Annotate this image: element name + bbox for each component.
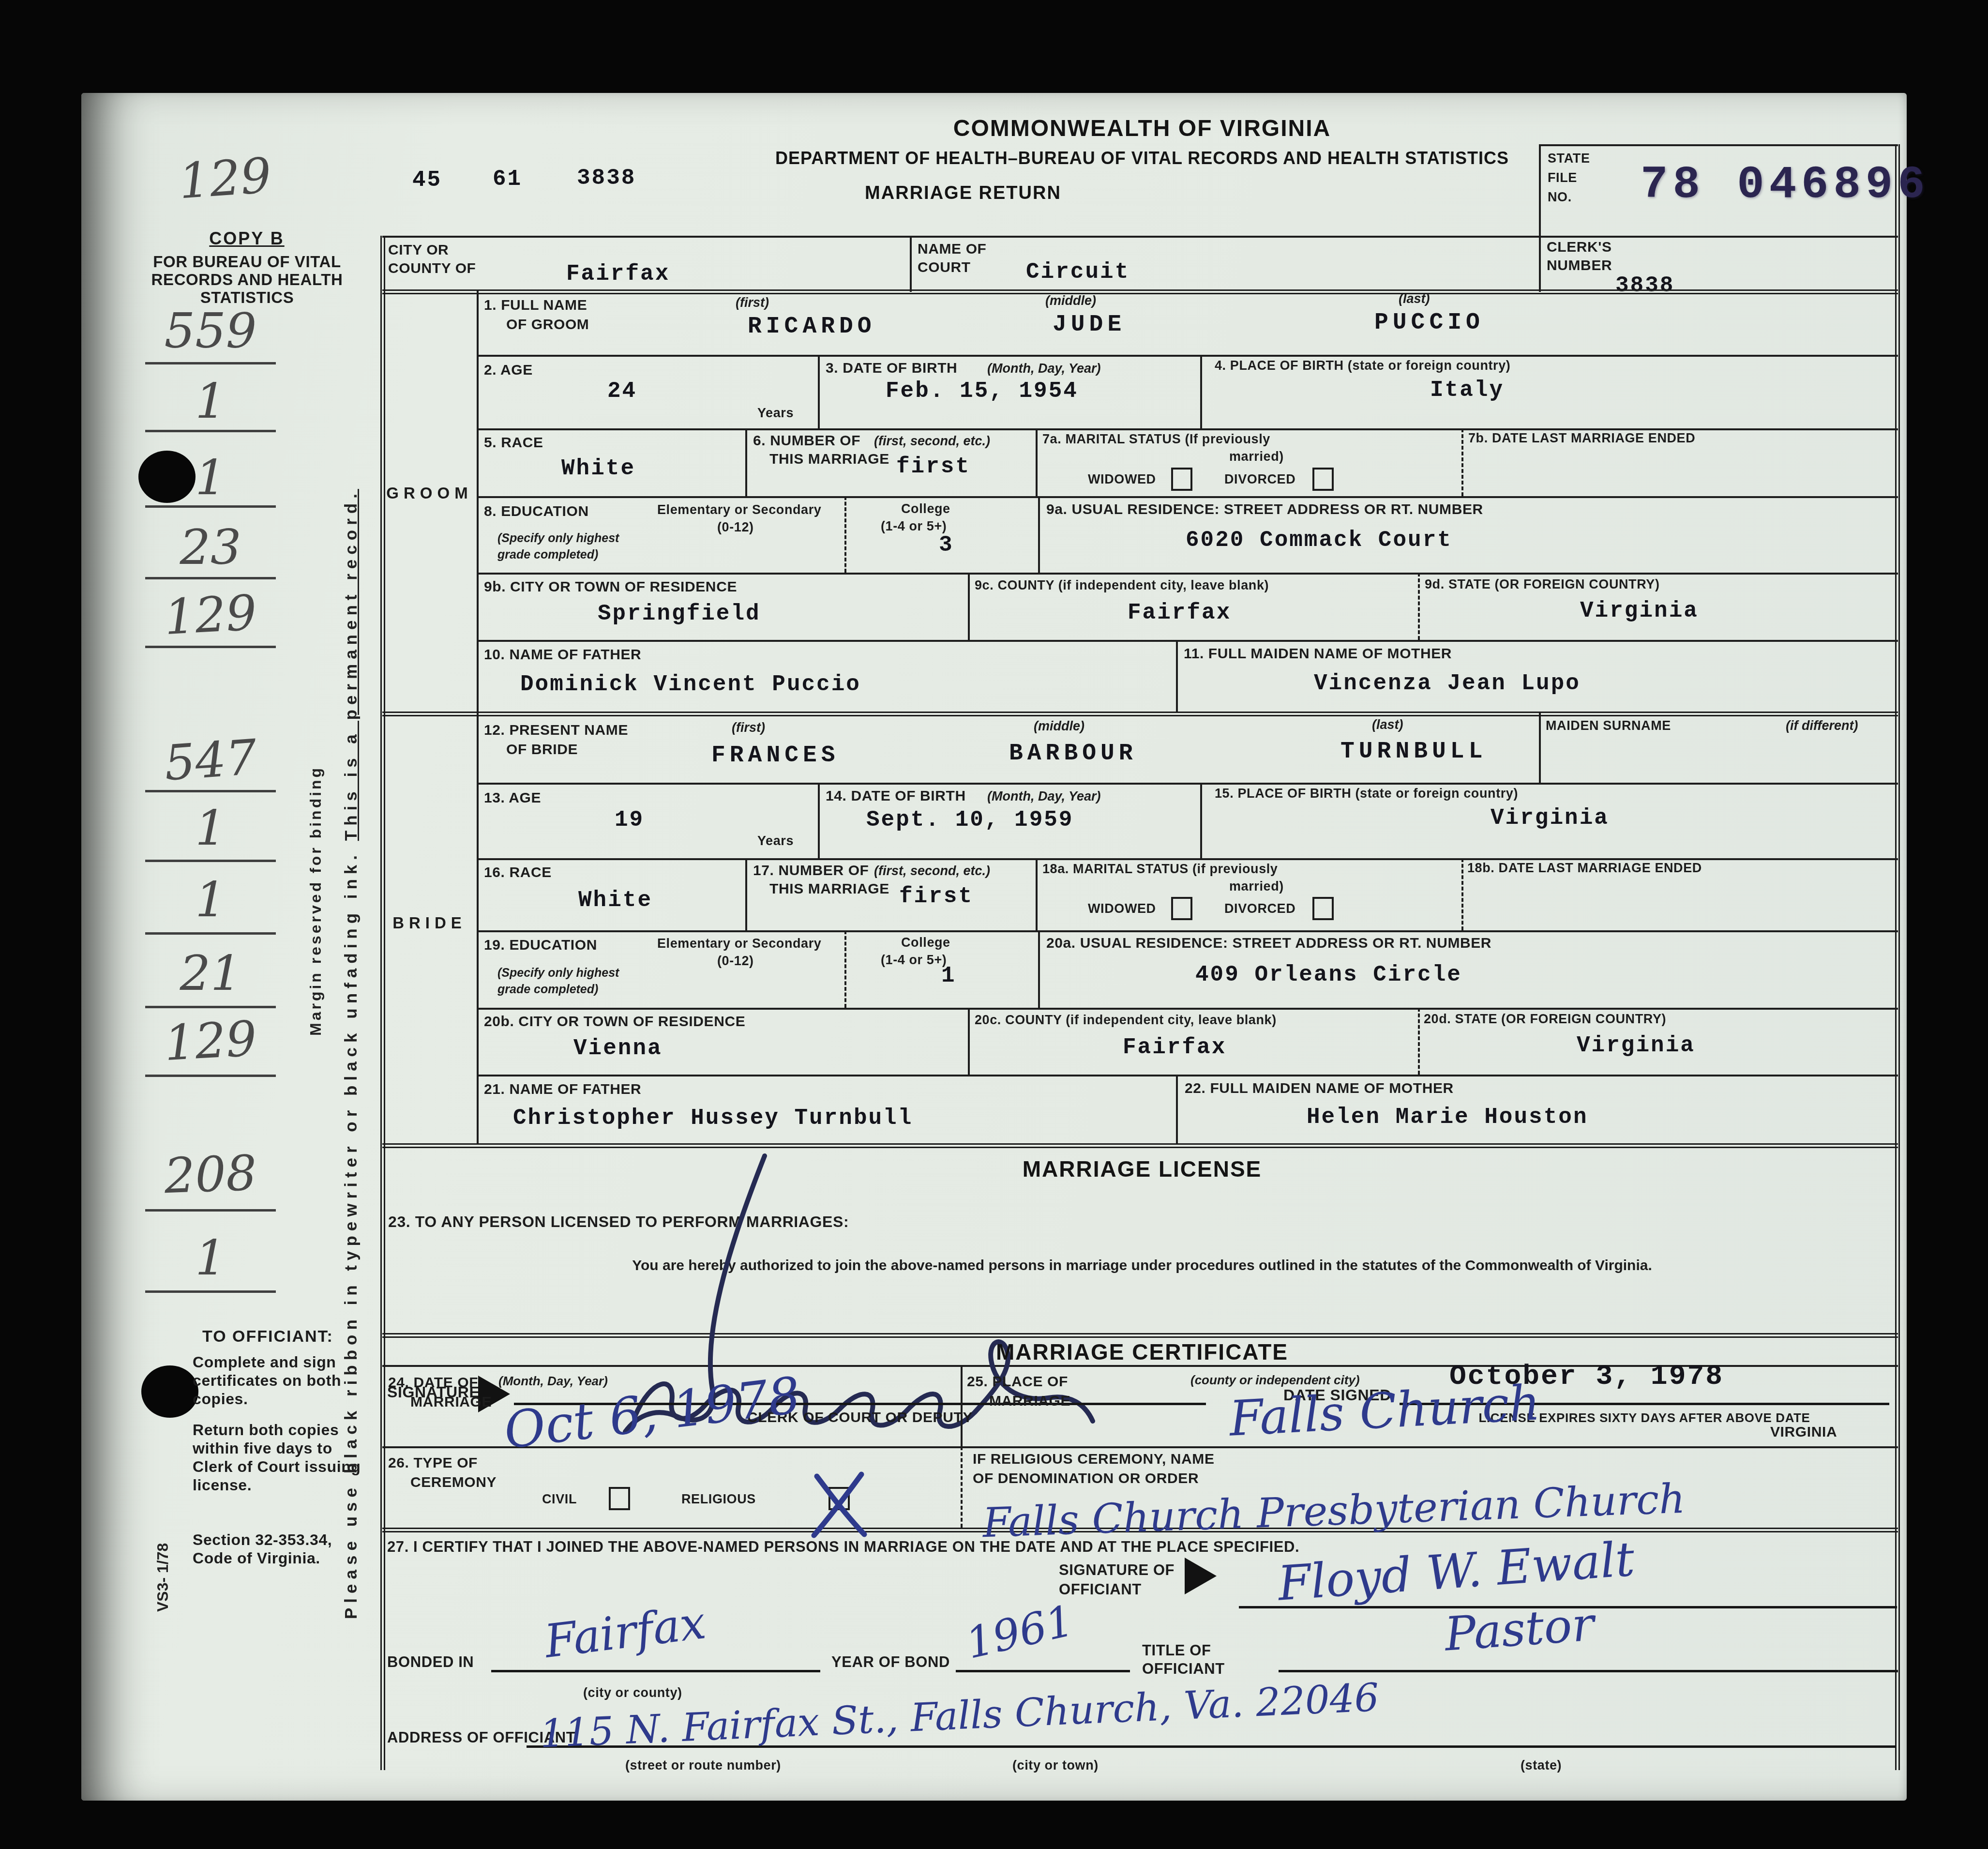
field-8-sublabel: (Specify only highest xyxy=(497,531,619,546)
first-sublabel: (first) xyxy=(736,295,769,310)
field-24-sublabel: (Month, Day, Year) xyxy=(498,1374,608,1389)
clerk-number-label: NUMBER xyxy=(1547,258,1612,274)
officiant-signature-label: OFFICIANT xyxy=(1059,1581,1142,1598)
years-label: Years xyxy=(757,406,794,421)
field-7b-label: 7b. DATE LAST MARRIAGE ENDED xyxy=(1468,431,1695,446)
copy-title: COPY B xyxy=(145,228,348,249)
field-26-label: CEREMONY xyxy=(410,1474,497,1491)
rule xyxy=(145,1075,276,1077)
rule xyxy=(477,930,1898,932)
years-label: Years xyxy=(757,834,794,849)
bride-marriage-number: first xyxy=(899,884,973,909)
ink-note-text: Please use black ribbon in typewriter or… xyxy=(342,841,361,1619)
certificate-title-text: MARRIAGE CERTIFICATE xyxy=(996,1339,1288,1364)
typed-code-1: 45 xyxy=(412,167,442,193)
bride-first-name: FRANCES xyxy=(711,743,840,769)
field-9d-label: 9d. STATE (OR FOREIGN COUNTRY) xyxy=(1425,577,1660,592)
rule xyxy=(1038,496,1040,573)
field-17-label: THIS MARRIAGE xyxy=(769,881,889,897)
city-or-county-sublabel: (city or county) xyxy=(583,1685,682,1700)
field-14-label: 14. DATE OF BIRTH xyxy=(826,788,966,804)
field-6-sublabel: (first, second, etc.) xyxy=(874,434,990,449)
college-sublabel: (1-4 or 5+) xyxy=(881,519,947,534)
rule xyxy=(477,496,1898,498)
bride-residence: 409 Orleans Circle xyxy=(1195,962,1462,987)
commonwealth-title: COMMONWEALTH OF VIRGINIA xyxy=(382,115,1902,142)
rule xyxy=(1418,573,1420,640)
street-sublabel: (street or route number) xyxy=(625,1758,781,1773)
title-of-officiant-label: TITLE OF xyxy=(1142,1642,1211,1659)
rule xyxy=(1418,1008,1420,1075)
elementary-label: Elementary or Secondary xyxy=(657,936,821,951)
rule xyxy=(1539,236,1541,292)
field-20b-label: 20b. CITY OR TOWN OF RESIDENCE xyxy=(484,1014,745,1030)
field-22-label: 22. FULL MAIDEN NAME OF MOTHER xyxy=(1185,1080,1454,1097)
groom-mother-name: Vincenza Jean Lupo xyxy=(1314,671,1581,696)
rule xyxy=(1539,712,1541,783)
rule xyxy=(145,362,276,364)
groom-pob: Italy xyxy=(1430,378,1504,403)
state-file-label: FILE xyxy=(1548,170,1577,185)
form-title: MARRIAGE RETURN xyxy=(382,183,1544,204)
field-18b-label: 18b. DATE LAST MARRIAGE ENDED xyxy=(1467,861,1702,876)
rule xyxy=(1895,144,1900,1770)
department-title-text: DEPARTMENT OF HEALTH–BUREAU OF VITAL REC… xyxy=(775,148,1509,168)
field-21-label: 21. NAME OF FATHER xyxy=(484,1081,641,1098)
rule xyxy=(382,289,1898,294)
groom-college-years: 3 xyxy=(939,532,954,558)
rule xyxy=(1038,930,1040,1008)
rule xyxy=(1036,428,1038,496)
margin-number: 1 xyxy=(145,871,276,928)
rule xyxy=(145,646,276,648)
rule xyxy=(145,1006,276,1008)
bride-last-name: TURNBULL xyxy=(1340,739,1487,765)
rule xyxy=(910,236,912,292)
rule xyxy=(477,712,479,1143)
to-officiant-note-1: Complete and sign certificates on both c… xyxy=(193,1353,367,1408)
rule xyxy=(382,236,1898,238)
divorced-checkbox xyxy=(1312,468,1334,491)
groom-last-name: PUCCIO xyxy=(1374,310,1484,336)
rule xyxy=(818,783,820,858)
state-file-label: STATE xyxy=(1548,151,1590,166)
to-officiant-title: TO OFFICIANT: xyxy=(202,1327,333,1346)
margin-number: 1 xyxy=(145,373,276,429)
state-sublabel: (state) xyxy=(1521,1758,1562,1773)
rule xyxy=(145,505,276,508)
year-of-bond-label: YEAR OF BOND xyxy=(831,1653,950,1671)
groom-middle-name: JUDE xyxy=(1053,312,1126,338)
groom-section-label: GROOM xyxy=(382,484,477,502)
rule xyxy=(145,577,276,579)
bonded-in-line xyxy=(491,1670,820,1672)
field-1-label: OF GROOM xyxy=(506,317,589,333)
bride-college-years: 1 xyxy=(941,963,956,988)
year-of-bond-line xyxy=(956,1670,1130,1672)
rule xyxy=(1461,858,1463,930)
divorced-checkbox xyxy=(1312,897,1334,920)
field-7a-label: 7a. MARITAL STATUS (If previously xyxy=(1042,432,1270,447)
field-20a-label: 20a. USUAL RESIDENCE: STREET ADDRESS OR … xyxy=(1046,935,1491,952)
field-15-label: 15. PLACE OF BIRTH (state or foreign cou… xyxy=(1215,786,1518,801)
state-file-number: 78 046896 xyxy=(1641,160,1930,211)
field-8-label: 8. EDUCATION xyxy=(484,503,589,520)
margin-number: 23 xyxy=(145,519,276,576)
bride-section-label: BRIDE xyxy=(382,914,477,932)
groom-race: White xyxy=(561,456,635,481)
officiant-signature-arrow-icon xyxy=(1185,1558,1217,1594)
college-label: College xyxy=(901,501,950,516)
bride-middle-name: BARBOUR xyxy=(1009,741,1137,767)
margin-number: 559 xyxy=(145,303,276,359)
field-9b-label: 9b. CITY OR TOWN OF RESIDENCE xyxy=(484,579,737,595)
groom-father-name: Dominick Vincent Puccio xyxy=(520,672,861,697)
widowed-checkbox xyxy=(1171,468,1192,491)
rule xyxy=(477,1075,1898,1076)
groom-state: Virginia xyxy=(1580,598,1699,623)
bride-county: Fairfax xyxy=(1123,1035,1226,1060)
certificate-title: MARRIAGE CERTIFICATE xyxy=(382,1339,1902,1365)
rule xyxy=(477,783,1898,785)
field-11-label: 11. FULL MAIDEN NAME OF MOTHER xyxy=(1184,646,1452,662)
elementary-label: Elementary or Secondary xyxy=(657,502,821,517)
bride-race: White xyxy=(578,888,652,913)
rule xyxy=(961,1446,963,1528)
title-of-officiant-line xyxy=(1279,1670,1898,1672)
city-county-value: Fairfax xyxy=(566,261,670,287)
bride-father-name: Christopher Hussey Turnbull xyxy=(513,1106,913,1131)
field-17-label: 17. NUMBER OF xyxy=(753,863,869,879)
field-5-label: 5. RACE xyxy=(484,435,543,451)
rule xyxy=(477,858,1898,860)
rule xyxy=(145,430,276,432)
rule xyxy=(844,496,846,573)
field-26-label: 26. TYPE OF xyxy=(388,1455,478,1471)
field-17-sublabel: (first, second, etc.) xyxy=(874,864,990,879)
permanent-record-note: This is a permanent record. xyxy=(342,489,361,841)
rule xyxy=(968,1008,970,1075)
middle-sublabel: (middle) xyxy=(1045,293,1096,308)
virginia-label: VIRGINIA xyxy=(1770,1424,1837,1440)
groom-county: Fairfax xyxy=(1128,600,1231,625)
college-sublabel: (1-4 or 5+) xyxy=(881,953,947,968)
field-12-label: 12. PRESENT NAME xyxy=(484,722,628,739)
first-sublabel: (first) xyxy=(732,720,765,735)
margin-number: 129 xyxy=(144,583,277,647)
field-1-label: 1. FULL NAME xyxy=(484,297,587,314)
field-20c-label: 20c. COUNTY (if independent city, leave … xyxy=(975,1013,1277,1028)
city-town-sublabel: (city or town) xyxy=(1012,1758,1099,1773)
field-10-label: 10. NAME OF FATHER xyxy=(484,647,641,663)
field-14-sublabel: (Month, Day, Year) xyxy=(987,789,1101,804)
field-8-sublabel: grade completed) xyxy=(497,548,598,562)
field-18a-label: married) xyxy=(1229,879,1284,894)
form-code: VS3- 1/78 xyxy=(154,1543,172,1612)
rule xyxy=(1200,355,1202,428)
rule xyxy=(961,1365,963,1446)
civil-checkbox xyxy=(609,1487,630,1510)
bonded-in-label: BONDED IN xyxy=(387,1653,474,1671)
margin-number: 208 xyxy=(144,1144,277,1205)
bride-mother-name: Helen Marie Houston xyxy=(1307,1105,1588,1130)
rule xyxy=(818,355,820,428)
maiden-surname-sublabel: (if different) xyxy=(1786,718,1858,733)
rule xyxy=(844,930,846,1008)
bride-dob: Sept. 10, 1959 xyxy=(866,807,1073,833)
rule xyxy=(1539,144,1898,146)
city-county-label: CITY OR xyxy=(388,242,449,258)
field-2-label: 2. AGE xyxy=(484,362,533,379)
court-label: COURT xyxy=(918,259,971,276)
court-label: NAME OF xyxy=(918,241,987,258)
rule xyxy=(477,289,479,712)
rule xyxy=(145,860,276,862)
elementary-sublabel: (0-12) xyxy=(717,520,754,535)
middle-sublabel: (middle) xyxy=(1034,719,1084,734)
title-of-officiant-label: OFFICIANT xyxy=(1142,1660,1225,1678)
field-24-label: MARRIAGE xyxy=(410,1394,492,1410)
rule xyxy=(1036,858,1038,930)
widowed-label: WIDOWED xyxy=(1088,901,1156,916)
margin-number: 1 xyxy=(145,800,276,856)
court-value: Circuit xyxy=(1026,259,1130,285)
rule xyxy=(145,790,276,792)
margin-number: 129 xyxy=(144,1009,277,1073)
rule xyxy=(968,573,970,640)
rule xyxy=(477,428,1898,430)
typed-code-3: 3838 xyxy=(577,166,636,191)
elementary-sublabel: (0-12) xyxy=(717,954,754,969)
officiant-signature-label: SIGNATURE OF xyxy=(1059,1561,1175,1579)
rule xyxy=(477,1008,1898,1010)
state-file-label: NO. xyxy=(1548,190,1572,205)
rule xyxy=(382,712,1898,716)
margin-number: 129 xyxy=(158,146,292,212)
rule xyxy=(745,858,747,930)
clerk-number-label: CLERK'S xyxy=(1547,239,1612,256)
rule xyxy=(145,1209,276,1212)
groom-marriage-number: first xyxy=(896,454,970,479)
groom-age: 24 xyxy=(607,379,637,404)
field-20d-label: 20d. STATE (OR FOREIGN COUNTRY) xyxy=(1424,1012,1666,1027)
copy-subtitle: FOR BUREAU OF VITAL RECORDS AND HEALTH S… xyxy=(135,253,360,306)
rule xyxy=(1200,783,1202,858)
bride-city: Vienna xyxy=(573,1036,663,1061)
commonwealth-title-text: COMMONWEALTH OF VIRGINIA xyxy=(953,116,1331,141)
binding-note: Margin reserved for binding xyxy=(307,766,325,1036)
rule xyxy=(1539,144,1541,237)
rule xyxy=(145,932,276,935)
field-16-label: 16. RACE xyxy=(484,864,552,881)
last-sublabel: (last) xyxy=(1372,717,1403,732)
rule xyxy=(1176,1075,1178,1143)
margin-number: 1 xyxy=(145,449,276,506)
margin-number: 1 xyxy=(145,1229,276,1286)
field-13-label: 13. AGE xyxy=(484,790,541,806)
rule xyxy=(1176,640,1178,712)
field-9c-label: 9c. COUNTY (if independent city, leave b… xyxy=(975,578,1269,593)
bride-pob: Virginia xyxy=(1491,805,1609,831)
rule xyxy=(477,573,1898,575)
field-12-label: OF BRIDE xyxy=(506,742,578,758)
field-6-label: THIS MARRIAGE xyxy=(769,451,889,468)
bride-state: Virginia xyxy=(1577,1033,1695,1058)
rule xyxy=(1461,428,1463,496)
rule xyxy=(145,1290,276,1293)
ink-note: Please use black ribbon in typewriter or… xyxy=(342,489,361,1619)
field-25-label: 25. PLACE OF xyxy=(967,1374,1068,1390)
field-18a-label: 18a. MARITAL STATUS (if previously xyxy=(1042,862,1278,877)
form-title-text: MARRIAGE RETURN xyxy=(865,183,1061,203)
rule xyxy=(745,428,747,496)
rule xyxy=(477,355,1898,357)
religious-label: RELIGIOUS xyxy=(681,1492,756,1507)
maiden-surname-label: MAIDEN SURNAME xyxy=(1546,718,1671,733)
scanned-marriage-return-document: 129 559 1 1 23 129 547 1 1 21 129 208 1 … xyxy=(0,0,1988,1849)
margin-number: 21 xyxy=(145,945,276,1001)
field-25-label: MARRIAGE xyxy=(989,1393,1070,1409)
field-19-sublabel: grade completed) xyxy=(497,983,598,997)
groom-residence: 6020 Commack Court xyxy=(1186,528,1452,553)
field-19-label: 19. EDUCATION xyxy=(484,937,597,954)
bride-age: 19 xyxy=(615,807,644,833)
denomination-label: OF DENOMINATION OR ORDER xyxy=(973,1470,1199,1487)
punch-hole xyxy=(141,1365,198,1418)
rule xyxy=(477,640,1898,642)
field-6-label: 6. NUMBER OF xyxy=(753,433,860,449)
field-4-label: 4. PLACE OF BIRTH (state or foreign coun… xyxy=(1215,358,1510,373)
denomination-label: IF RELIGIOUS CEREMONY, NAME xyxy=(973,1451,1215,1468)
college-label: College xyxy=(901,935,950,950)
field-19-sublabel: (Specify only highest xyxy=(497,966,619,980)
field-24-label: 24. DATE OF xyxy=(388,1375,478,1391)
field-3-label: 3. DATE OF BIRTH xyxy=(826,360,957,377)
groom-dob: Feb. 15, 1954 xyxy=(886,379,1078,404)
divorced-label: DIVORCED xyxy=(1224,472,1295,487)
civil-label: CIVIL xyxy=(542,1492,577,1507)
city-county-label: COUNTY OF xyxy=(388,260,476,277)
field-27-label: 27. I CERTIFY THAT I JOINED THE ABOVE-NA… xyxy=(387,1538,1299,1556)
groom-first-name: RICARDO xyxy=(748,314,876,340)
last-sublabel: (last) xyxy=(1399,291,1430,306)
field-3-sublabel: (Month, Day, Year) xyxy=(987,361,1101,376)
divorced-label: DIVORCED xyxy=(1224,901,1295,916)
officiant-title-handwritten: Pastor xyxy=(1443,1597,1596,1661)
groom-city: Springfield xyxy=(598,601,761,626)
clerk-number-value: 3838 xyxy=(1615,273,1674,298)
religious-check-x-mark xyxy=(807,1462,870,1539)
field-7a-label: married) xyxy=(1229,449,1284,464)
typed-code-2: 61 xyxy=(493,167,522,192)
widowed-label: WIDOWED xyxy=(1088,472,1156,487)
field-9a-label: 9a. USUAL RESIDENCE: STREET ADDRESS OR R… xyxy=(1046,501,1483,518)
margin-number: 547 xyxy=(143,727,278,793)
rule xyxy=(380,236,385,1770)
widowed-checkbox xyxy=(1171,897,1192,920)
